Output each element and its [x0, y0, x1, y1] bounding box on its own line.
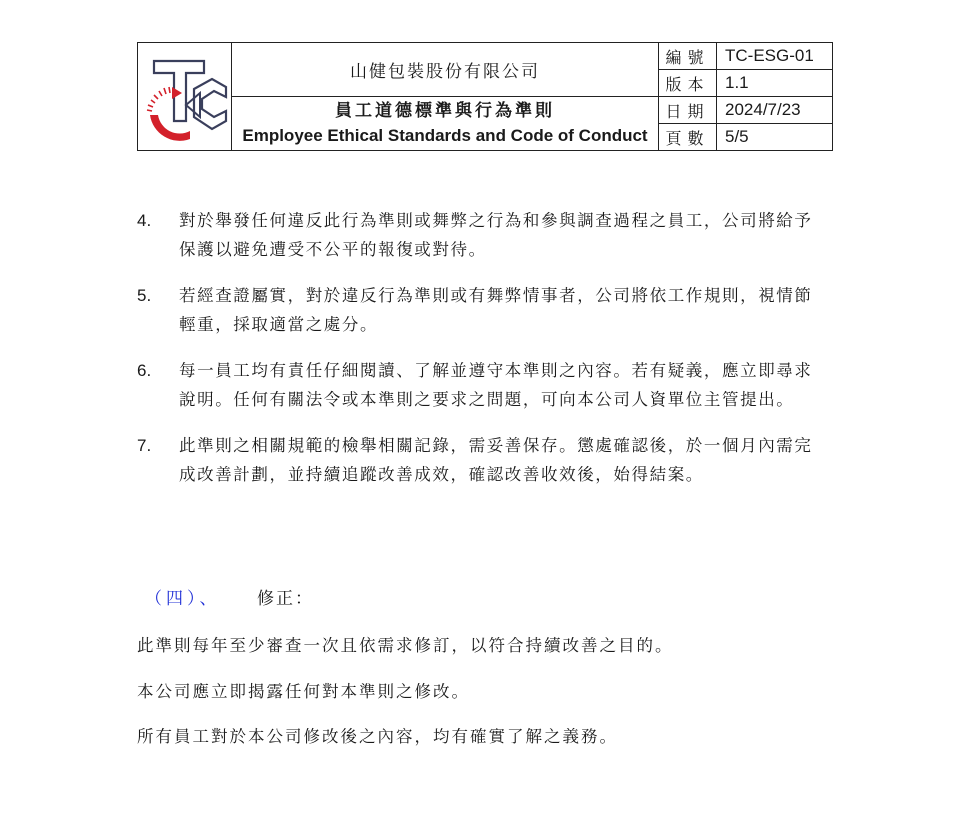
list-item-text: 每一員工均有責任仔細閱讀、了解並遵守本準則之內容。若有疑義，應立即尋求說明。任何… — [179, 356, 829, 414]
paragraph: 本公司應立即揭露任何對本準則之修改。 — [137, 678, 470, 702]
company-logo-icon — [142, 53, 230, 143]
company-name: 山健包裝股份有限公司 — [232, 43, 659, 97]
list-item: 4. 對於舉發任何違反此行為準則或舞弊之行為和參與調查過程之員工，公司將給予保護… — [137, 206, 837, 264]
meta-label-pages: 頁數 — [659, 124, 717, 151]
list-item-number: 4. — [137, 206, 179, 264]
document-title-en: Employee Ethical Standards and Code of C… — [232, 123, 658, 149]
meta-value-doc-number: TC-ESG-01 — [717, 43, 833, 70]
section-heading: （四）、 修正： — [145, 584, 221, 609]
meta-label-doc-number: 編號 — [659, 43, 717, 70]
list-item-number: 7. — [137, 431, 179, 489]
document-title-cell: 員工道德標準與行為準則 Employee Ethical Standards a… — [232, 97, 659, 151]
section-title: 修正： — [257, 584, 314, 609]
list-item: 5. 若經查證屬實，對於違反行為準則或有舞弊情事者，公司將依工作規則，視情節輕重… — [137, 281, 837, 339]
meta-value-version: 1.1 — [717, 70, 833, 97]
document-title-zh: 員工道德標準與行為準則 — [232, 99, 658, 123]
paragraph: 此準則每年至少審查一次且依需求修訂，以符合持續改善之目的。 — [137, 632, 674, 656]
list-item: 6. 每一員工均有責任仔細閱讀、了解並遵守本準則之內容。若有疑義，應立即尋求說明… — [137, 356, 837, 414]
paragraph: 所有員工對於本公司修改後之內容，均有確實了解之義務。 — [137, 723, 618, 747]
list-item-number: 5. — [137, 281, 179, 339]
meta-value-date: 2024/7/23 — [717, 97, 833, 124]
list-item-text: 若經查證屬實，對於違反行為準則或有舞弊情事者，公司將依工作規則，視情節輕重，採取… — [179, 281, 829, 339]
meta-label-date: 日期 — [659, 97, 717, 124]
section-number: （四）、 — [145, 589, 221, 609]
list-item: 7. 此準則之相關規範的檢舉相關記錄，需妥善保存。懲處確認後，於一個月內需完成改… — [137, 431, 837, 489]
numbered-list: 4. 對於舉發任何違反此行為準則或舞弊之行為和參與調查過程之員工，公司將給予保護… — [137, 206, 837, 506]
list-item-text: 對於舉發任何違反此行為準則或舞弊之行為和參與調查過程之員工，公司將給予保護以避免… — [179, 206, 829, 264]
meta-label-version: 版本 — [659, 70, 717, 97]
list-item-text: 此準則之相關規範的檢舉相關記錄，需妥善保存。懲處確認後，於一個月內需完成改善計劃… — [179, 431, 829, 489]
logo-cell — [138, 43, 232, 151]
document-header-table: 山健包裝股份有限公司 編號 TC-ESG-01 版本 1.1 員工道德標準與行為… — [137, 42, 833, 151]
meta-value-pages: 5/5 — [717, 124, 833, 151]
list-item-number: 6. — [137, 356, 179, 414]
